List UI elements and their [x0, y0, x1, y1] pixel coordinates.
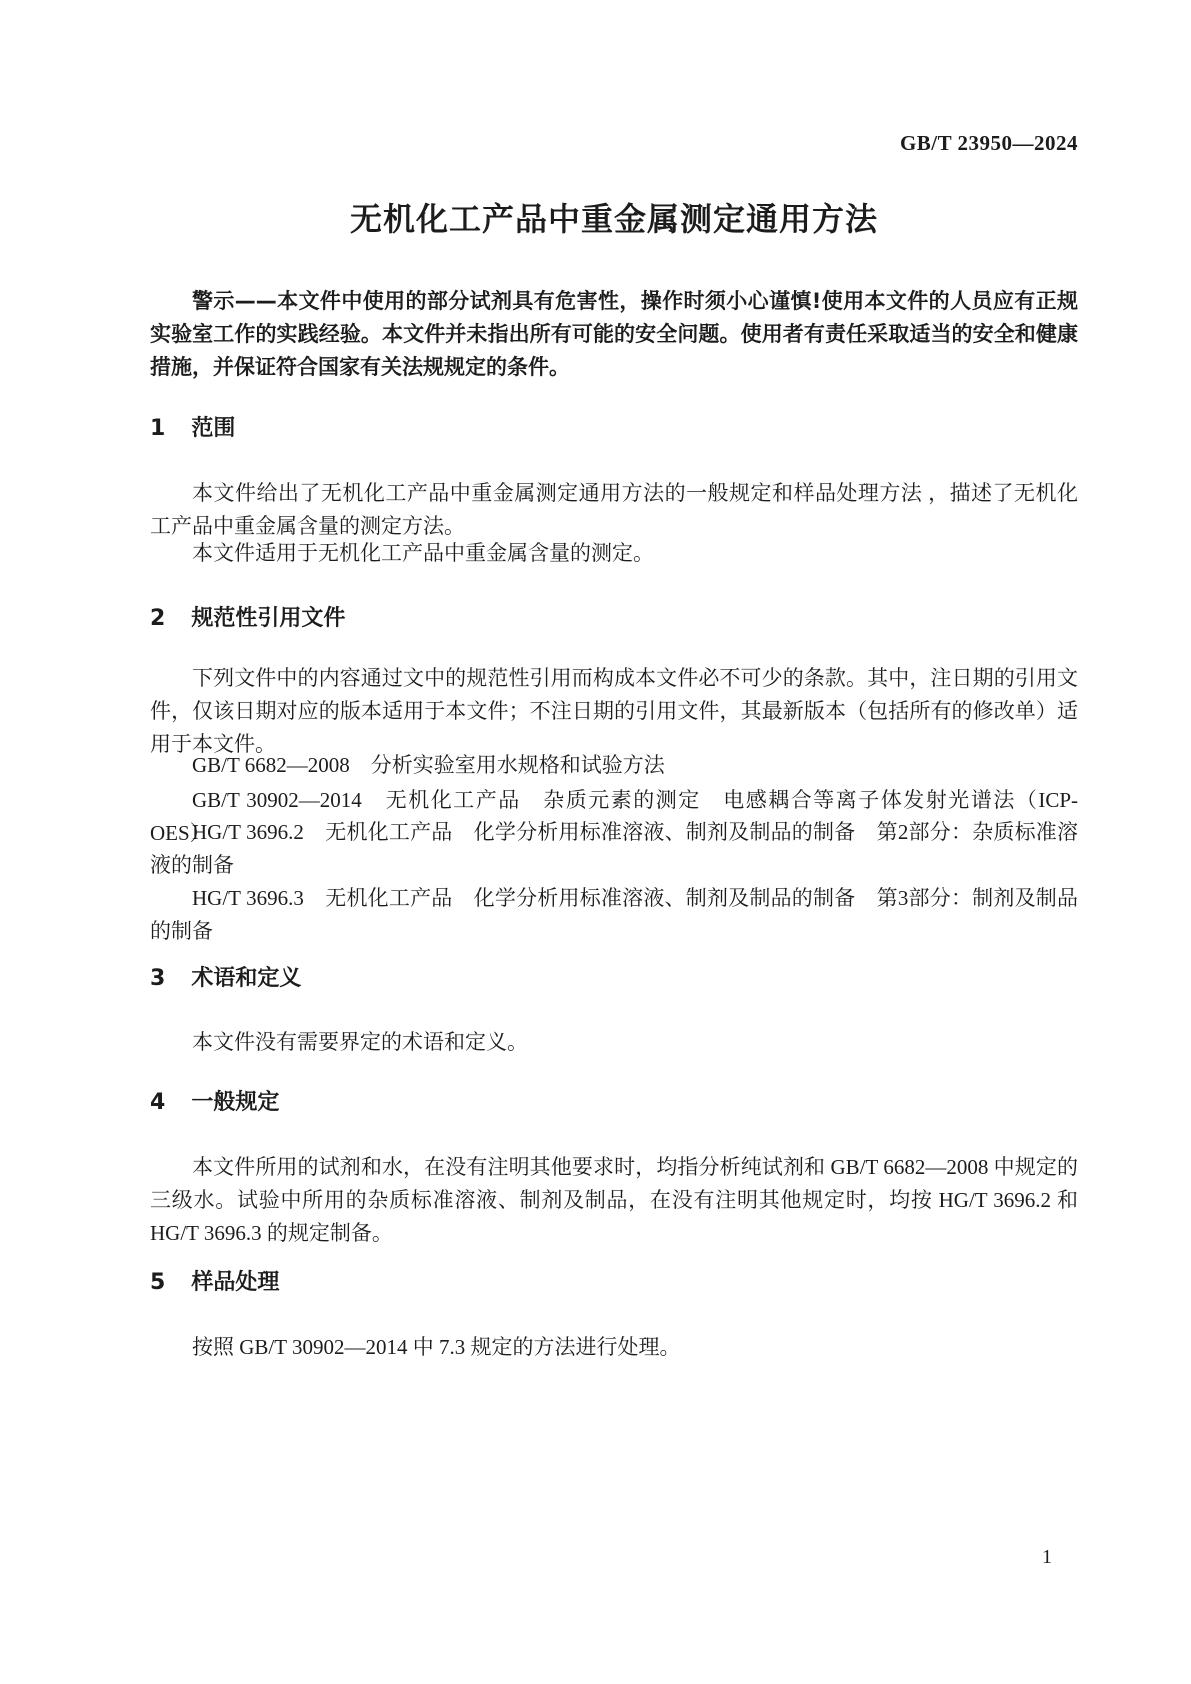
section-number: 1 [150, 412, 165, 445]
section-title: 术语和定义 [191, 966, 301, 991]
reference-item: HG/T 3696.2 无机化工产品 化学分析用标准溶液、制剂及制品的制备 第2… [150, 816, 1078, 882]
standard-code: GB/T 23950—2024 [150, 131, 1078, 156]
section-5-heading: 5样品处理 [150, 1266, 1078, 1299]
section-title: 一般规定 [191, 1090, 279, 1115]
section-number: 2 [150, 602, 165, 635]
section-4-heading: 4一般规定 [150, 1086, 1078, 1119]
section-number: 3 [150, 962, 165, 995]
document-title: 无机化工产品中重金属测定通用方法 [150, 196, 1078, 242]
section-title: 范围 [191, 416, 235, 441]
section-1-paragraph: 本文件适用于无机化工产品中重金属含量的测定。 [150, 537, 1078, 570]
section-5-paragraph: 按照 GB/T 30902—2014 中 7.3 规定的方法进行处理。 [150, 1331, 1078, 1364]
page-number: 1 [1042, 1546, 1052, 1569]
section-3-heading: 3术语和定义 [150, 962, 1078, 995]
document-page: GB/T 23950—2024 无机化工产品中重金属测定通用方法 警示——本文件… [0, 0, 1191, 1684]
section-number: 5 [150, 1266, 165, 1299]
warning-statement: 警示——本文件中使用的部分试剂具有危害性，操作时须小心谨慎!使用本文件的人员应有… [150, 285, 1078, 384]
section-3-paragraph: 本文件没有需要界定的术语和定义。 [150, 1026, 1078, 1059]
section-1-paragraph: 本文件给出了无机化工产品中重金属测定通用方法的一般规定和样品处理方法 ，描述了无… [150, 477, 1078, 543]
section-2-paragraph: 下列文件中的内容通过文中的规范性引用而构成本文件必不可少的条款。其中，注日期的引… [150, 662, 1078, 761]
section-4-paragraph: 本文件所用的试剂和水，在没有注明其他要求时，均指分析纯试剂和 GB/T 6682… [150, 1151, 1078, 1250]
reference-item: GB/T 6682—2008 分析实验室用水规格和试验方法 [150, 749, 1078, 782]
section-2-heading: 2规范性引用文件 [150, 602, 1078, 635]
section-number: 4 [150, 1086, 165, 1119]
section-title: 样品处理 [191, 1270, 279, 1295]
section-title: 规范性引用文件 [191, 606, 345, 631]
section-1-heading: 1范围 [150, 412, 1078, 445]
reference-item: HG/T 3696.3 无机化工产品 化学分析用标准溶液、制剂及制品的制备 第3… [150, 882, 1078, 948]
